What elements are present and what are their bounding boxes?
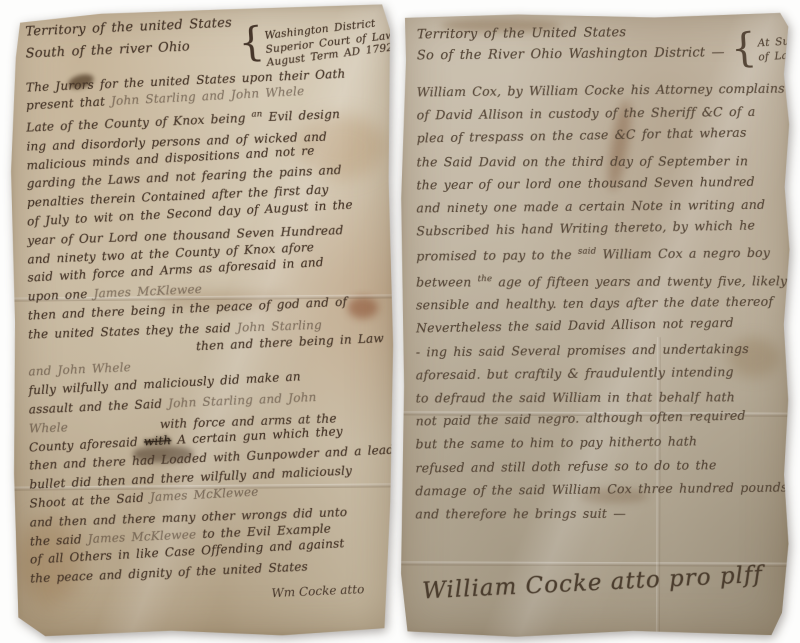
line-segment: but the same to him to pay hitherto hath xyxy=(415,434,697,452)
line-segment: to defraud the said William in that beha… xyxy=(416,389,735,405)
brace-glyph: { xyxy=(729,25,757,73)
header-place-block: Territory of the united States South of … xyxy=(25,20,232,66)
line-segment: between xyxy=(416,274,478,289)
line-segment: the Said David on the third day of Septe… xyxy=(417,153,749,169)
line-segment: Evil design xyxy=(262,107,340,124)
line-segment: Shoot at the Said xyxy=(29,490,150,510)
line-segment: Subscribed his hand Writing thereto, by … xyxy=(416,218,755,239)
line-segment: not paid the said negro. although often … xyxy=(416,408,746,429)
line-segment: William Cox, by William Cocke his Attorn… xyxy=(417,81,785,100)
line-segment: damage of the said William Cox three hun… xyxy=(415,479,787,498)
line-segment-faded-ink: James McKlewee xyxy=(150,485,259,505)
line-segment-blotted: with xyxy=(144,433,172,448)
manuscript-line: plea of trespass on the case &C for that… xyxy=(416,121,774,150)
right-document-content: Territory of the United States So of the… xyxy=(399,10,791,637)
manuscript-line: refused and still doth refuse so to do t… xyxy=(415,452,773,479)
manuscript-line: damage of the said William Cox three hun… xyxy=(415,475,773,502)
line-segment: plea of trespass on the case &C for that… xyxy=(417,125,747,146)
line-segment-faded-ink: James McKlewee xyxy=(93,282,202,301)
photo-of-two-manuscripts: Territory of the united States South of … xyxy=(0,0,800,643)
line-segment: the year of our lord one thousand Seven … xyxy=(416,174,754,193)
header-court-block: At Superior Court of Law August Term 179… xyxy=(758,30,800,64)
left-document-wrapper: Territory of the united States South of … xyxy=(9,4,396,637)
manuscript-line: but the same to him to pay hitherto hath xyxy=(415,429,773,456)
line-segment: the said xyxy=(30,532,88,549)
line-segment: of David Allison in custody of the Sheri… xyxy=(417,104,756,123)
manuscript-line: - ing his said Several promises and unde… xyxy=(416,336,774,363)
document-header: Territory of the united States South of … xyxy=(25,18,375,68)
line-segment: County aforesaid xyxy=(29,434,145,454)
header-place-block: Territory of the United States So of the… xyxy=(417,24,725,67)
manuscript-line: and therefore he brings suit — xyxy=(415,501,773,525)
line-segment: - ing his said Several promises and unde… xyxy=(416,340,749,358)
left-document-content: Territory of the united States South of … xyxy=(9,4,396,637)
brace-glyph: { xyxy=(236,19,265,67)
manuscript-line: Nevertheless the said David Allison not … xyxy=(416,310,774,339)
header-court-block: Washington District Superior Court of La… xyxy=(264,20,396,71)
line-segment: aforesaid. but craftily & fraudulently i… xyxy=(416,364,734,382)
line-segment-superscript: the xyxy=(478,274,493,284)
line-segment: sensible and healthy. ten days after the… xyxy=(416,294,773,313)
document-header: Territory of the United States So of the… xyxy=(417,24,775,71)
right-document-paper: Territory of the United States So of the… xyxy=(399,10,791,637)
manuscript-line: promised to pay to the said William Cox … xyxy=(416,239,774,268)
right-document-wrapper: Territory of the United States So of the… xyxy=(399,10,791,637)
manuscript-line: aforesaid. but craftily & fraudulently i… xyxy=(416,359,774,386)
line-segment-faded-ink: Whele xyxy=(29,420,69,435)
line-segment: upon one xyxy=(27,287,93,304)
line-segment: William Cox a negro boy xyxy=(596,245,770,262)
line-segment: present that xyxy=(26,94,112,112)
line-segment-superscript: said xyxy=(578,247,596,257)
line-segment: assault and the Said xyxy=(28,396,168,416)
line-segment-faded-ink: John Starling and John xyxy=(168,390,317,410)
line-segment: refused and still doth refuse so to do t… xyxy=(415,457,716,475)
line-segment: promised to pay to the xyxy=(416,247,578,264)
line-segment: and therefore he brings suit — xyxy=(415,506,626,522)
line-segment: age of fifteen years and twenty five, li… xyxy=(492,273,787,289)
left-document-paper: Territory of the united States South of … xyxy=(9,4,396,637)
court-name-line: At Superior Court xyxy=(758,28,800,51)
attorney-signature: William Cocke atto pro plff xyxy=(415,561,774,604)
header-river-line: So of the River Ohio Washington District… xyxy=(417,42,725,66)
line-segment: Nevertheless the said David Allison not … xyxy=(416,315,734,336)
line-segment: and ninety one made a certain Note in wr… xyxy=(416,197,765,216)
